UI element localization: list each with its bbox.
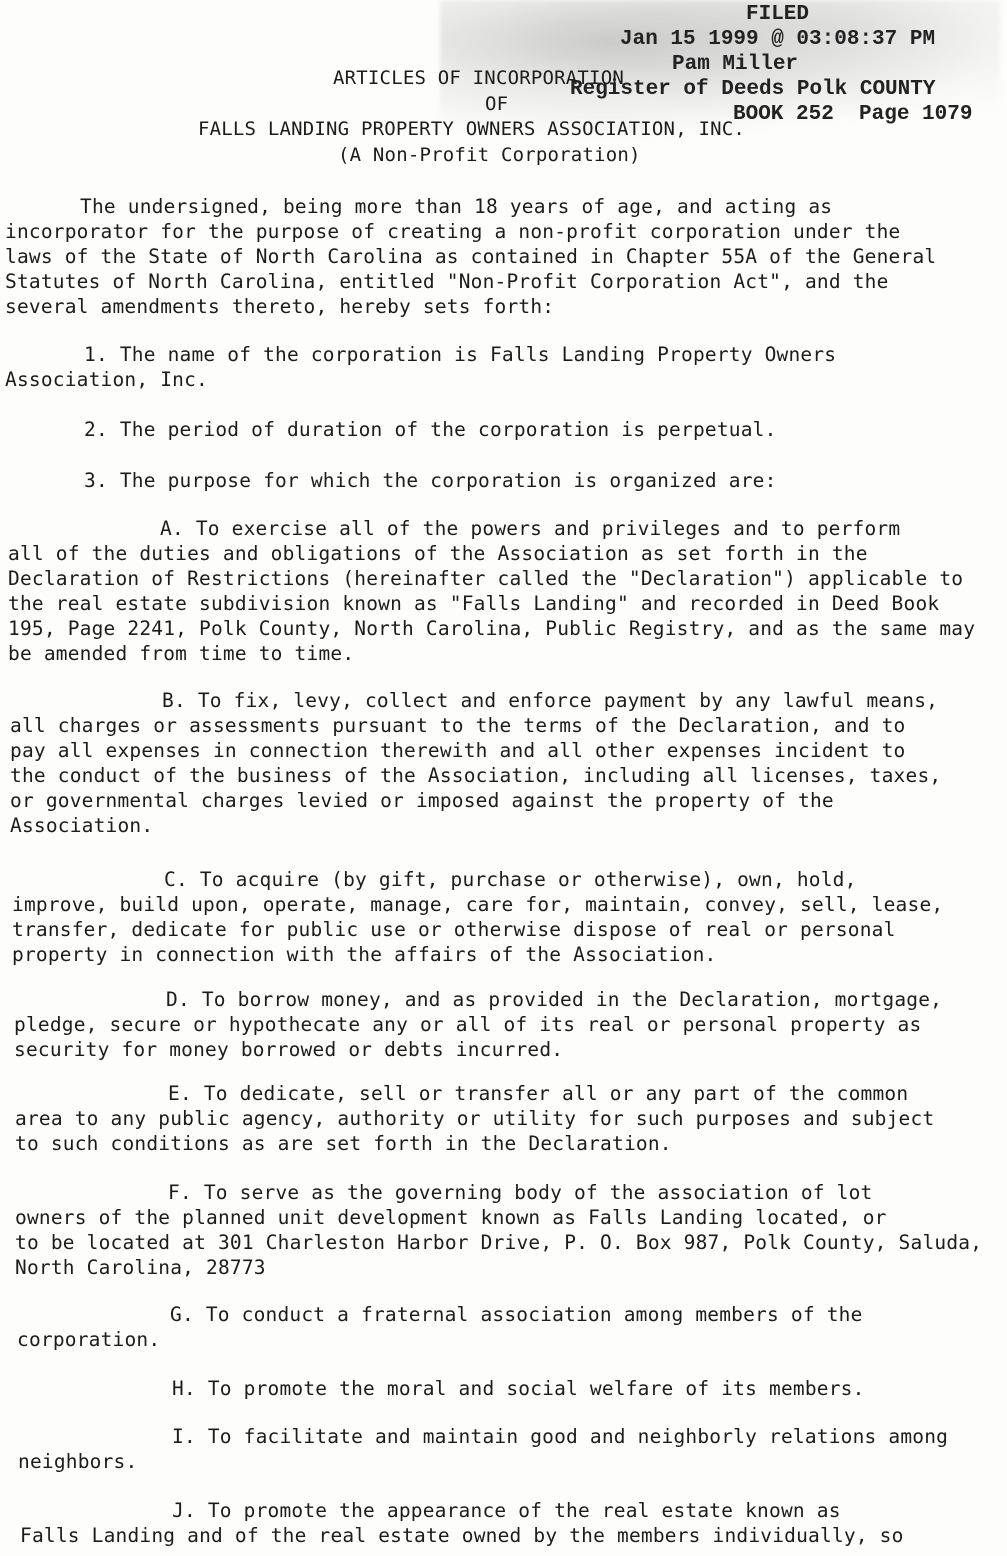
header-subtitle: (A Non-Profit Corporation) xyxy=(338,143,641,168)
header-association-name: FALLS LANDING PROPERTY OWNERS ASSOCIATIO… xyxy=(198,117,745,142)
text-line: laws of the State of North Carolina as c… xyxy=(5,244,936,269)
text-line: D. To borrow money, and as provided in t… xyxy=(166,987,942,1012)
text-line: all of the duties and obligations of the… xyxy=(8,541,868,566)
stamp-book-page: BOOK 252 Page 1079 xyxy=(733,102,972,127)
stamp-register-name: Pam Miller xyxy=(672,52,798,77)
text-line: C. To acquire (by gift, purchase or othe… xyxy=(164,867,857,892)
text-line: 2. The period of duration of the corpora… xyxy=(84,417,777,442)
text-line: The undersigned, being more than 18 year… xyxy=(80,194,832,219)
scanned-document-page: FILED Jan 15 1999 @ 03:08:37 PM Pam Mill… xyxy=(0,0,1007,1556)
text-line: incorporator for the purpose of creating… xyxy=(5,219,901,244)
text-line: transfer, dedicate for public use or oth… xyxy=(12,917,896,942)
stamp-status: FILED xyxy=(746,2,809,27)
text-line: H. To promote the moral and social welfa… xyxy=(172,1376,865,1401)
text-line: Statutes of North Carolina, entitled "No… xyxy=(5,269,889,294)
text-line: to such conditions as are set forth in t… xyxy=(15,1131,672,1156)
text-line: 195, Page 2241, Polk County, North Carol… xyxy=(8,616,975,641)
text-line: 3. The purpose for which the corporation… xyxy=(84,468,777,493)
text-line: to be located at 301 Charleston Harbor D… xyxy=(15,1230,982,1255)
text-line: B. To fix, levy, collect and enforce pay… xyxy=(162,688,938,713)
text-line: Association. xyxy=(10,813,153,838)
text-line: the real estate subdivision known as "Fa… xyxy=(8,591,939,616)
header-of: OF xyxy=(485,92,508,117)
text-line: F. To serve as the governing body of the… xyxy=(168,1180,872,1205)
text-line: improve, build upon, operate, manage, ca… xyxy=(12,892,943,917)
text-line: area to any public agency, authority or … xyxy=(15,1106,934,1131)
text-line: all charges or assessments pursuant to t… xyxy=(10,713,906,738)
text-line: 1. The name of the corporation is Falls … xyxy=(84,342,836,367)
text-line: Declaration of Restrictions (hereinafter… xyxy=(8,566,963,591)
text-line: Falls Landing and of the real estate own… xyxy=(20,1523,904,1548)
text-line: E. To dedicate, sell or transfer all or … xyxy=(168,1081,908,1106)
text-line: Association, Inc. xyxy=(5,367,208,392)
text-line: neighbors. xyxy=(18,1449,137,1474)
text-line: pledge, secure or hypothecate any or all… xyxy=(14,1012,921,1037)
text-line: G. To conduct a fraternal association am… xyxy=(170,1302,863,1327)
text-line: be amended from time to time. xyxy=(8,641,354,666)
header-title: ARTICLES OF INCORPORATION xyxy=(333,66,624,91)
text-line: corporation. xyxy=(17,1327,160,1352)
text-line: North Carolina, 28773 xyxy=(15,1255,266,1280)
text-line: pay all expenses in connection therewith… xyxy=(10,738,906,763)
text-line: I. To facilitate and maintain good and n… xyxy=(172,1424,948,1449)
text-line: property in connection with the affairs … xyxy=(12,942,716,967)
text-line: A. To exercise all of the powers and pri… xyxy=(160,516,900,541)
text-line: or governmental charges levied or impose… xyxy=(10,788,834,813)
text-line: several amendments thereto, hereby sets … xyxy=(5,294,554,319)
text-line: owners of the planned unit development k… xyxy=(15,1205,887,1230)
text-line: the conduct of the business of the Assoc… xyxy=(10,763,941,788)
stamp-datetime: Jan 15 1999 @ 03:08:37 PM xyxy=(620,27,935,52)
text-line: J. To promote the appearance of the real… xyxy=(172,1498,841,1523)
text-line: security for money borrowed or debts inc… xyxy=(14,1037,563,1062)
stamp-register-office: Register of Deeds Polk COUNTY xyxy=(570,77,935,102)
